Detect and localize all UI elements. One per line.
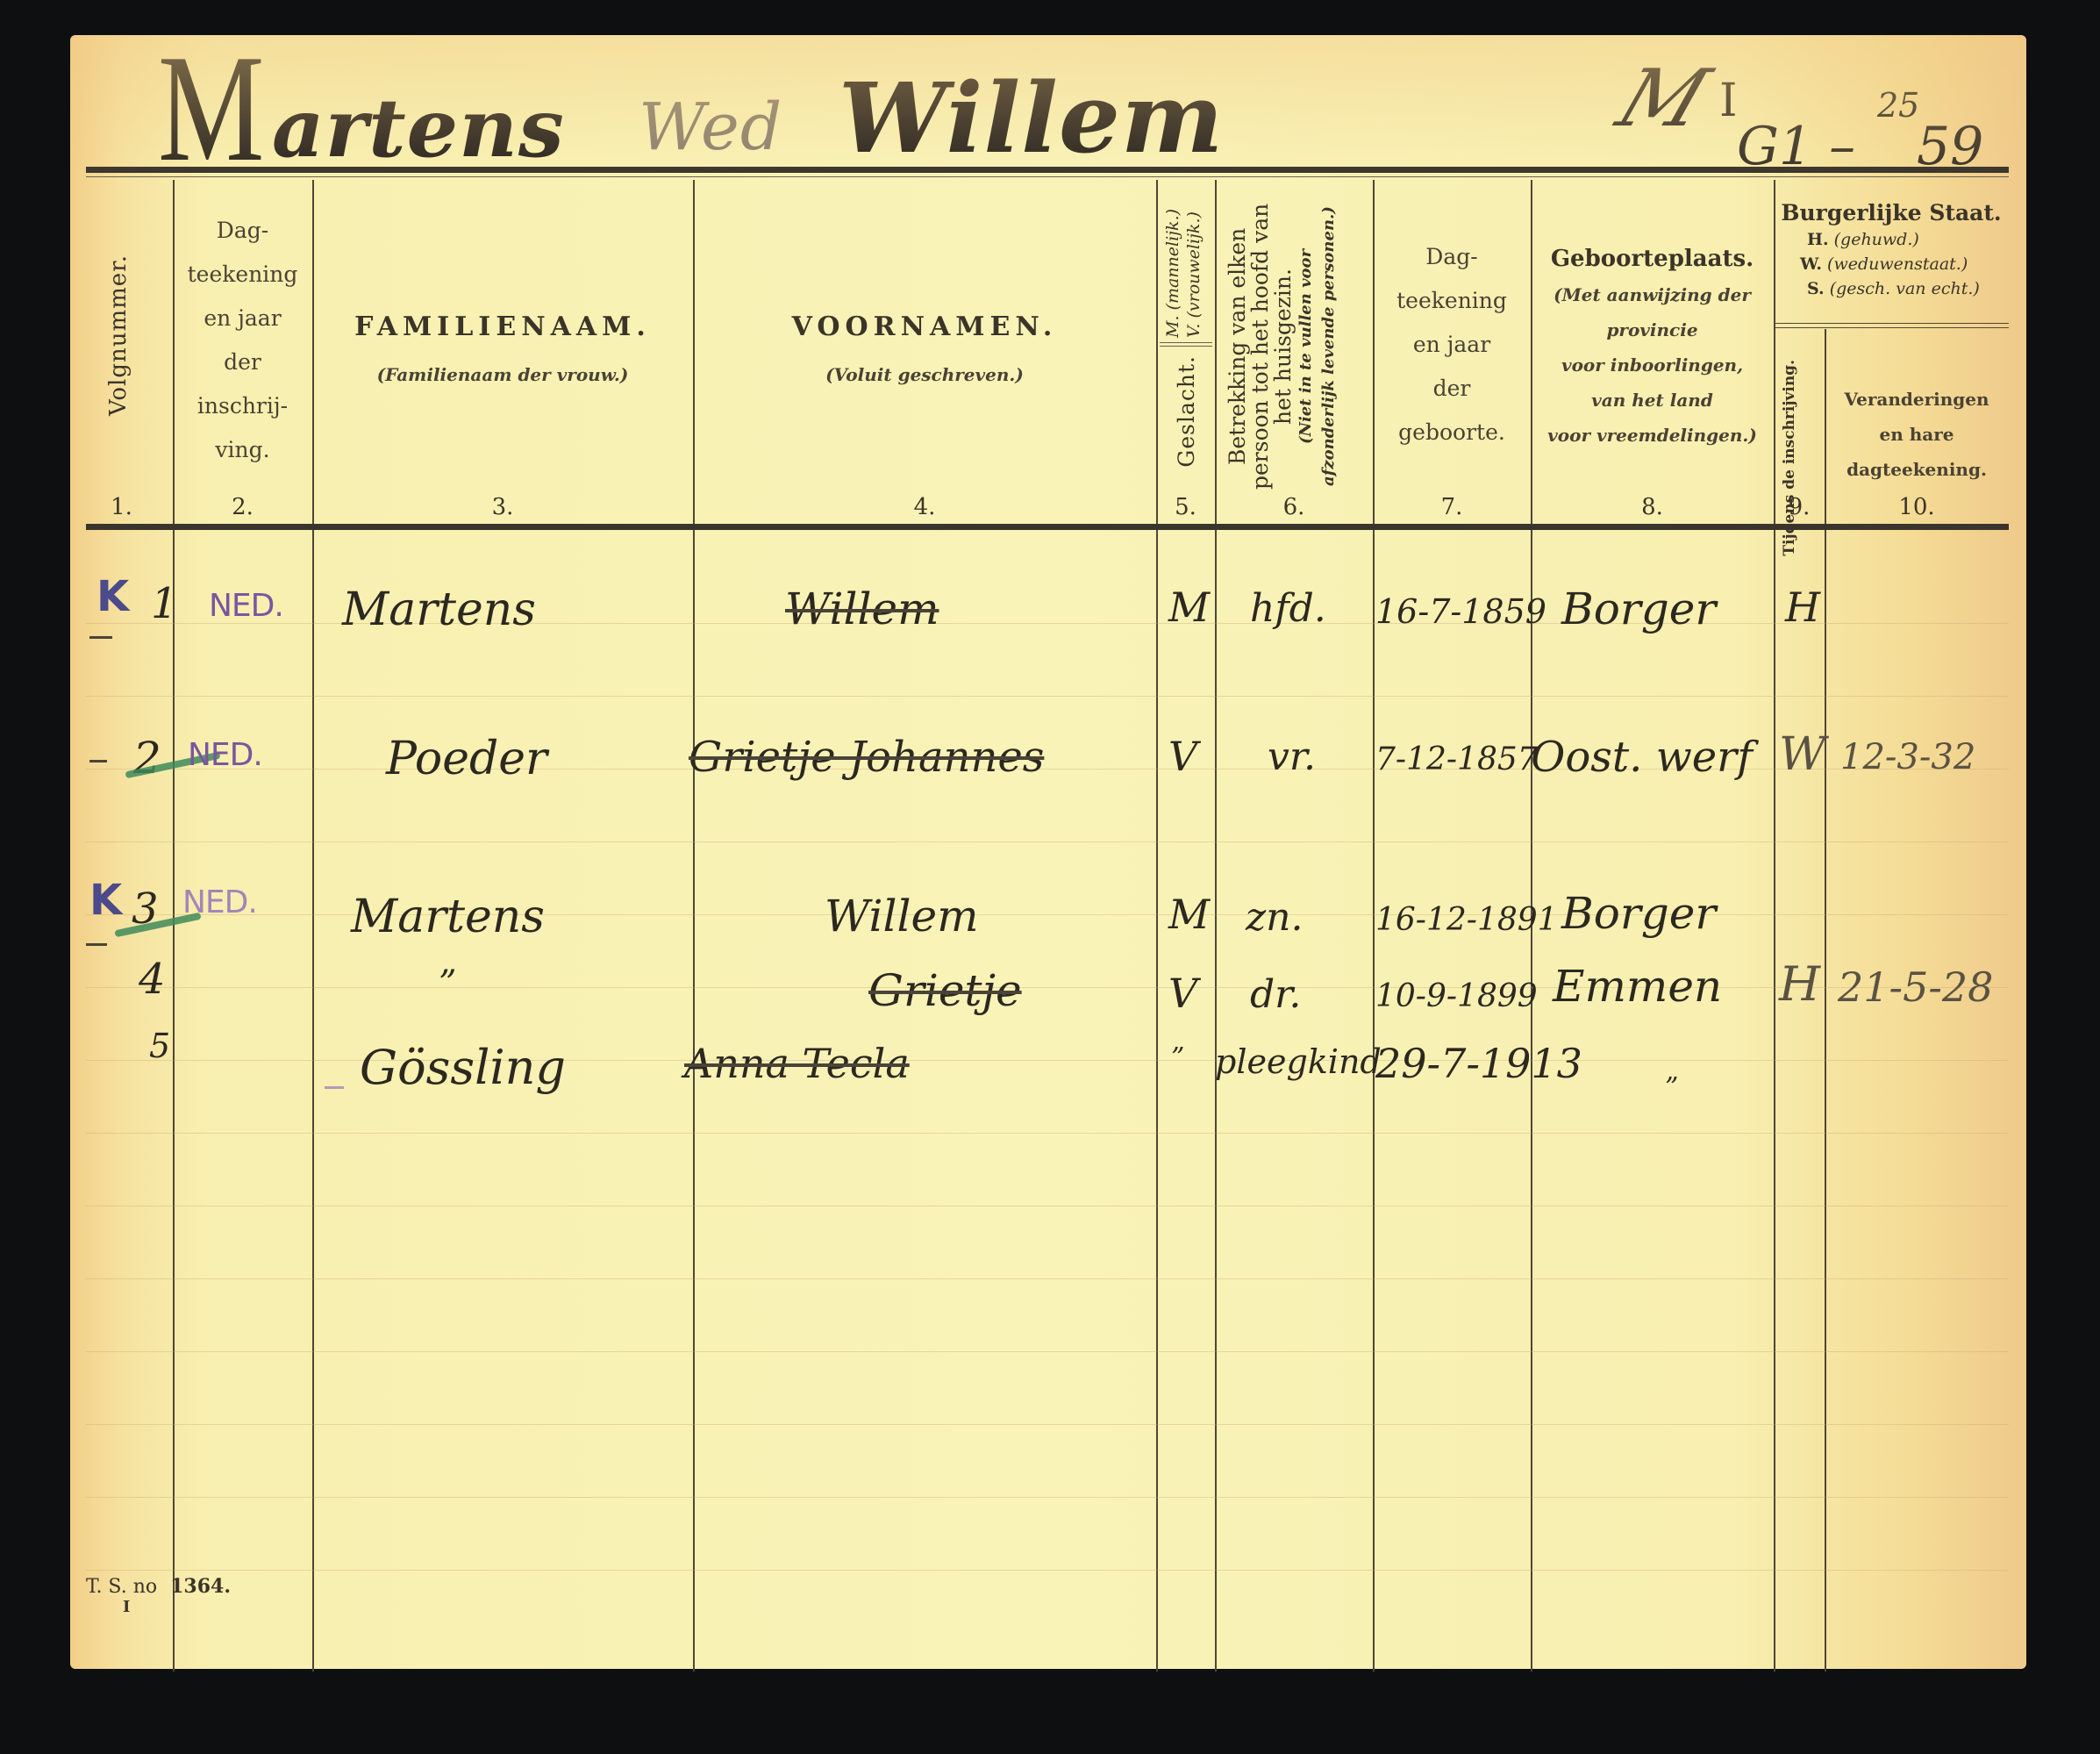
- row-volgnummer: 4: [139, 955, 166, 1004]
- row-geslacht: V: [1168, 970, 1197, 1017]
- row-voornamen: Grietje Johannes: [689, 733, 1044, 782]
- legend-code: S.: [1807, 279, 1825, 298]
- row-geslacht: M: [1168, 583, 1210, 631]
- header-line: ving.: [173, 428, 312, 472]
- header-line: persoon tot het hoofd van: [1249, 193, 1272, 500]
- staat-legend-h: H. (gehuwd.): [1807, 227, 2009, 252]
- row-staat: H: [1779, 956, 1820, 1012]
- header-geslacht: Geslacht.: [1174, 355, 1199, 468]
- reference-roman: I: [1719, 75, 1738, 127]
- staat-legend-w: W. (weduwenstaat.): [1800, 252, 2009, 276]
- row-volgnummer: 5: [149, 1027, 170, 1065]
- header-volgnummer: Volgnummer.: [105, 254, 132, 416]
- header-familienaam-label: FAMILIENAAM.: [312, 311, 693, 342]
- row-betrekking: pleegkind: [1215, 1042, 1382, 1081]
- column-number: 6.: [1215, 494, 1373, 520]
- row-geboortedatum: 7-12-1857: [1375, 741, 1538, 777]
- widow-annotation: Wed: [639, 89, 782, 165]
- column-divider: [693, 180, 695, 1672]
- header-betrekking: Betrekking van elken persoon tot het hoo…: [1226, 193, 1340, 500]
- header-burgerlijke-staat: Burgerlijke Staat. H. (gehuwd.) W. (wedu…: [1774, 200, 2009, 301]
- header-line: en jaar: [173, 297, 312, 340]
- legend-desc: (weduwenstaat.): [1827, 254, 1968, 274]
- form-sub: I: [86, 1598, 231, 1616]
- reference-number-top: 25: [1877, 86, 1919, 125]
- header-voornamen-sub: (Voluit geschreven.): [693, 364, 1156, 385]
- row-geboortedatum: 16-7-1859: [1375, 592, 1546, 631]
- column-number: 8.: [1531, 494, 1774, 520]
- title-rule-thin: [86, 176, 2009, 177]
- row-voornamen: Grietje: [693, 965, 1101, 1016]
- header-line: voor inboorlingen,: [1531, 347, 1774, 383]
- row-geslacht: V: [1168, 733, 1197, 780]
- ruled-line: [86, 1424, 2009, 1425]
- given-name: Willem: [839, 61, 1224, 175]
- row-volgnummer: 1: [151, 579, 178, 628]
- staat-legend-s: S. (gesch. van echt.): [1807, 276, 2009, 301]
- dash-mark: [89, 636, 112, 639]
- geslacht-rule: [1160, 342, 1212, 343]
- column-divider: [1215, 180, 1217, 1672]
- row-geboorteplaats: Emmen: [1553, 961, 1722, 1012]
- header-geboorteplaats: Geboorteplaats. (Met aanwijzing der prov…: [1531, 246, 1774, 453]
- ned-stamp: NED.: [182, 884, 257, 920]
- row-geboorteplaats: Oost. werf: [1531, 733, 1753, 782]
- row-betrekking: hfd.: [1250, 586, 1326, 631]
- ruled-line: [86, 1206, 2009, 1206]
- legend-desc: (gesch. van echt.): [1830, 279, 1980, 298]
- header-line: Dag-: [173, 209, 312, 253]
- k-stamp: K: [96, 572, 129, 621]
- dash-mark: [89, 760, 107, 762]
- row-familienaam: ”: [439, 963, 456, 1004]
- geslacht-rule: [1160, 346, 1212, 347]
- header-line: (Met aanwijzing der: [1531, 277, 1774, 312]
- row-geboortedatum: 10-9-1899: [1375, 978, 1538, 1014]
- row-geboortedatum: 16-12-1891: [1375, 902, 1558, 938]
- header-line: geboorte.: [1373, 411, 1531, 455]
- ruled-line: [86, 1133, 2009, 1134]
- row-voornamen: Anna Tecla: [684, 1040, 945, 1087]
- column-number: 10.: [1825, 494, 2009, 520]
- header-line: der: [173, 340, 312, 384]
- header-line: van het land: [1531, 383, 1774, 418]
- row-familienaam: Poeder: [386, 733, 547, 785]
- row-betrekking: vr.: [1268, 734, 1316, 779]
- header-line: provincie: [1531, 312, 1774, 347]
- header-familienaam: FAMILIENAAM. (Familienaam der vrouw.): [312, 311, 693, 385]
- column-number: 7.: [1373, 494, 1531, 520]
- header-voornamen-label: VOORNAMEN.: [693, 311, 1156, 342]
- header-line: dagteekening.: [1825, 452, 2009, 487]
- row-veranderingen: 21-5-28: [1838, 963, 1993, 1011]
- header-geslacht-sub: M. (mannelijk.) V. (vrouwelijk.): [1162, 193, 1204, 338]
- dash-mark: [86, 943, 107, 946]
- ruled-line: [86, 1570, 2009, 1571]
- header-line: der: [1373, 367, 1531, 411]
- header-staat-title: Burgerlijke Staat.: [1774, 200, 2009, 226]
- row-familienaam: Gössling: [360, 1040, 566, 1095]
- column-divider: [312, 180, 314, 1672]
- header-line: M. (mannelijk.): [1162, 193, 1183, 338]
- row-familienaam: Martens: [351, 891, 545, 943]
- header-line: Dag-: [1373, 235, 1531, 279]
- ruled-line: [86, 1351, 2009, 1352]
- header-veranderingen: Veranderingen en hare dagteekening.: [1825, 382, 2009, 487]
- column-divider: [1156, 180, 1158, 1672]
- ruled-line: [86, 841, 2009, 842]
- header-line: teekening: [173, 253, 312, 297]
- staat-legend: H. (gehuwd.) W. (weduwenstaat.) S. (gesc…: [1774, 227, 2009, 301]
- header-geboorteplaats-label: Geboorteplaats.: [1531, 246, 1774, 272]
- form-number: 1364.: [170, 1575, 231, 1598]
- row-geboorteplaats: ”: [1665, 1072, 1678, 1103]
- form-code: T. S. no: [86, 1576, 157, 1598]
- legend-code: H.: [1807, 230, 1829, 249]
- column-number: 9.: [1774, 494, 1825, 520]
- header-line: het huisgezin.: [1272, 193, 1295, 500]
- header-line: inschrij-: [173, 384, 312, 428]
- k-stamp: K: [89, 876, 122, 925]
- staat-rule: [1774, 323, 2009, 324]
- header-line: V. (vrouwelijk.): [1183, 193, 1204, 338]
- header-line: voor vreemdelingen.): [1531, 418, 1774, 453]
- column-number: 3.: [312, 494, 693, 520]
- header-bottom-rule: [86, 524, 2009, 530]
- row-betrekking: zn.: [1246, 895, 1304, 940]
- row-geslacht: ”: [1171, 1042, 1184, 1073]
- ned-stamp: NED.: [209, 588, 283, 624]
- header-geboorteplaats-sub: (Met aanwijzing der provincie voor inboo…: [1531, 277, 1774, 453]
- row-familienaam: Martens: [342, 583, 536, 636]
- column-number: 1.: [70, 494, 173, 520]
- header-geboortedatum: Dag- teekening en jaar der geboorte.: [1373, 235, 1531, 455]
- column-number: 2.: [173, 494, 312, 520]
- header-line: teekening: [1373, 279, 1531, 323]
- header-line: Betrekking van elken: [1226, 193, 1249, 500]
- card-title: M artens Wed Willem M I 25 G1 – 59: [70, 35, 2026, 175]
- header-familienaam-sub: (Familienaam der vrouw.): [312, 364, 693, 385]
- row-staat: W: [1779, 728, 1825, 781]
- column-number: 4.: [693, 494, 1156, 520]
- registry-card: M artens Wed Willem M I 25 G1 – 59 Volgn…: [70, 35, 2026, 1669]
- form-footer: T. S. no 1364. I: [86, 1575, 231, 1616]
- header-line: (Niet in te vullen voor: [1295, 193, 1318, 500]
- legend-desc: (gehuwd.): [1834, 230, 1919, 249]
- column-number: 5.: [1156, 494, 1215, 520]
- row-geslacht: M: [1168, 891, 1210, 938]
- reference-letter: M: [1606, 53, 1720, 145]
- column-divider: [1825, 329, 1826, 1672]
- ruled-line: [86, 1497, 2009, 1498]
- row-voornamen: Willem: [785, 583, 939, 634]
- title-rule: [86, 167, 2009, 173]
- row-staat: H: [1785, 583, 1820, 631]
- row-betrekking: dr.: [1250, 972, 1301, 1017]
- header-dagteekening-inschrijving: Dag- teekening en jaar der inschrij- vin…: [173, 209, 312, 472]
- row-geboorteplaats: Borger: [1561, 888, 1716, 939]
- staat-rule: [1774, 327, 2009, 328]
- row-voornamen: Willem: [825, 891, 979, 941]
- ned-stamp: NED.: [188, 737, 262, 773]
- header-voornamen: VOORNAMEN. (Voluit geschreven.): [693, 311, 1156, 385]
- header-line: en jaar: [1373, 323, 1531, 367]
- row-geboorteplaats: Borger: [1561, 583, 1716, 634]
- surname-initial: M: [158, 42, 264, 174]
- row-veranderingen: 12-3-32: [1840, 737, 1975, 777]
- column-divider: [1774, 180, 1775, 1672]
- ruled-line: [86, 696, 2009, 697]
- legend-code: W.: [1800, 254, 1822, 274]
- row-geboortedatum: 29-7-1913: [1375, 1040, 1582, 1087]
- ruled-line: [86, 1278, 2009, 1279]
- surname: artens: [272, 81, 565, 175]
- header-line: en hare: [1825, 417, 2009, 452]
- pink-dash-mark: [325, 1086, 344, 1089]
- header-line: afzonderlijk levende personen.): [1318, 193, 1340, 500]
- header-line: Veranderingen: [1825, 382, 2009, 417]
